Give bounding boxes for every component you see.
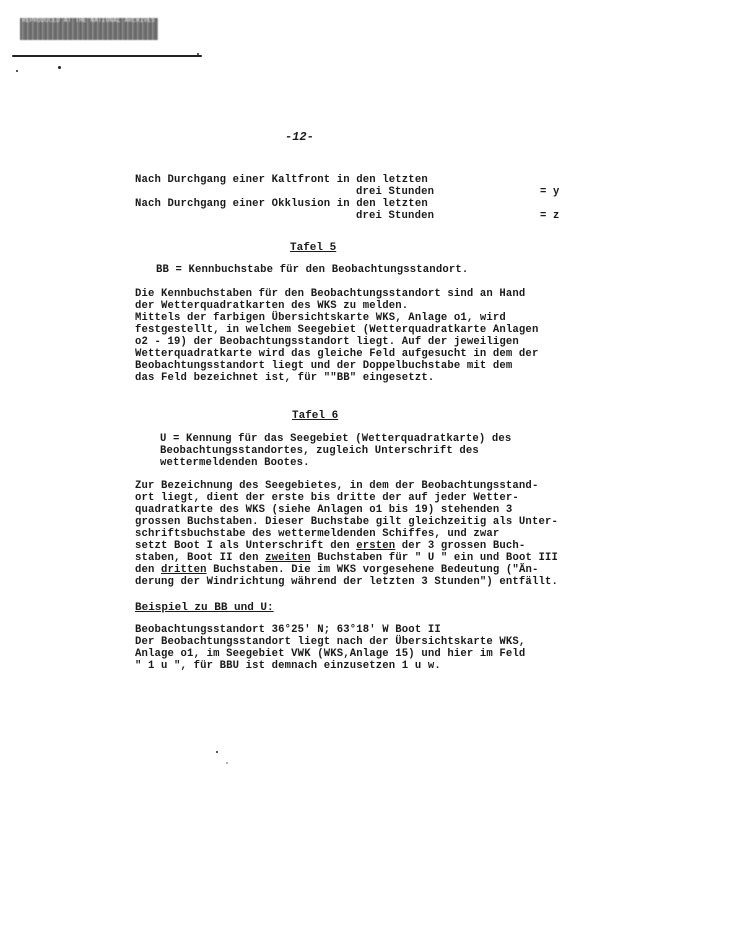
row-kaltfront-code: = y: [540, 186, 560, 198]
row-kaltfront-line1: Nach Durchgang einer Kaltfront in den le…: [135, 174, 428, 186]
paragraph-line: staben, Boot II den zweiten Buchstaben f…: [135, 552, 558, 564]
tafel6-heading: Tafel 6: [292, 410, 338, 422]
row-okklusion-line1: Nach Durchgang einer Okklusion in den le…: [135, 198, 428, 210]
paragraph-line: das Feld bezeichnet ist, für ""BB" einge…: [135, 372, 434, 384]
definition-line: wettermeldenden Bootes.: [160, 457, 310, 469]
scan-speck: [226, 762, 228, 764]
definition-line: Beobachtungsstandortes, zugleich Untersc…: [160, 445, 479, 457]
paragraph-line: grossen Buchstaben. Dieser Buchstabe gil…: [135, 516, 558, 528]
scan-speck: [197, 53, 199, 55]
scan-rule-line: [12, 55, 202, 57]
row-okklusion-code: = z: [540, 210, 560, 222]
scan-speck: [216, 751, 218, 753]
paragraph-line: o2 - 19) der Beobachtungsstandort liegt.…: [135, 336, 519, 348]
row-okklusion-line2: drei Stunden: [356, 210, 434, 222]
row-kaltfront-line2: drei Stunden: [356, 186, 434, 198]
paragraph-line: Die Kennbuchstaben für den Beobachtungss…: [135, 288, 525, 300]
paragraph-line: Mittels der farbigen Übersichtskarte WKS…: [135, 312, 506, 324]
paragraph-line: setzt Boot I als Unterschrift den ersten…: [135, 540, 525, 552]
example-line: Anlage o1, im Seegebiet VWK (WKS,Anlage …: [135, 648, 525, 660]
paragraph-line: ort liegt, dient der erste bis dritte de…: [135, 492, 519, 504]
page-number: -12-: [285, 130, 314, 144]
paragraph-line: den dritten Buchstaben. Die im WKS vorge…: [135, 564, 538, 576]
scan-speck: [16, 70, 18, 72]
paragraph-line: der Wetterquadratkarten des WKS zu melde…: [135, 300, 408, 312]
tafel5-heading: Tafel 5: [290, 242, 336, 254]
paragraph-line: Beobachtungsstandort liegt und der Doppe…: [135, 360, 512, 372]
example-line: Der Beobachtungsstandort liegt nach der …: [135, 636, 525, 648]
tafel5-definition: BB = Kennbuchstabe für den Beobachtungss…: [156, 264, 468, 276]
example-line: Beobachtungsstandort 36°25' N; 63°18' W …: [135, 624, 441, 636]
archive-stamp: REPRODUCED AT THE NATIONAL ARCHIVES: [20, 18, 158, 40]
example-line: " 1 u ", für BBU ist demnach einzusetzen…: [135, 660, 441, 672]
paragraph-line: schriftsbuchstabe des wettermeldenden Sc…: [135, 528, 499, 540]
paragraph-line: Zur Bezeichnung des Seegebietes, in dem …: [135, 480, 538, 492]
paragraph-line: derung der Windrichtung während der letz…: [135, 576, 558, 588]
paragraph-line: quadratkarte des WKS (siehe Anlagen o1 b…: [135, 504, 512, 516]
example-heading: Beispiel zu BB und U:: [135, 602, 274, 614]
paragraph-line: Wetterquadratkarte wird das gleiche Feld…: [135, 348, 538, 360]
scan-speck: [58, 66, 61, 69]
paragraph-line: festgestellt, in welchem Seegebiet (Wett…: [135, 324, 538, 336]
definition-line: U = Kennung für das Seegebiet (Wetterqua…: [160, 433, 511, 445]
